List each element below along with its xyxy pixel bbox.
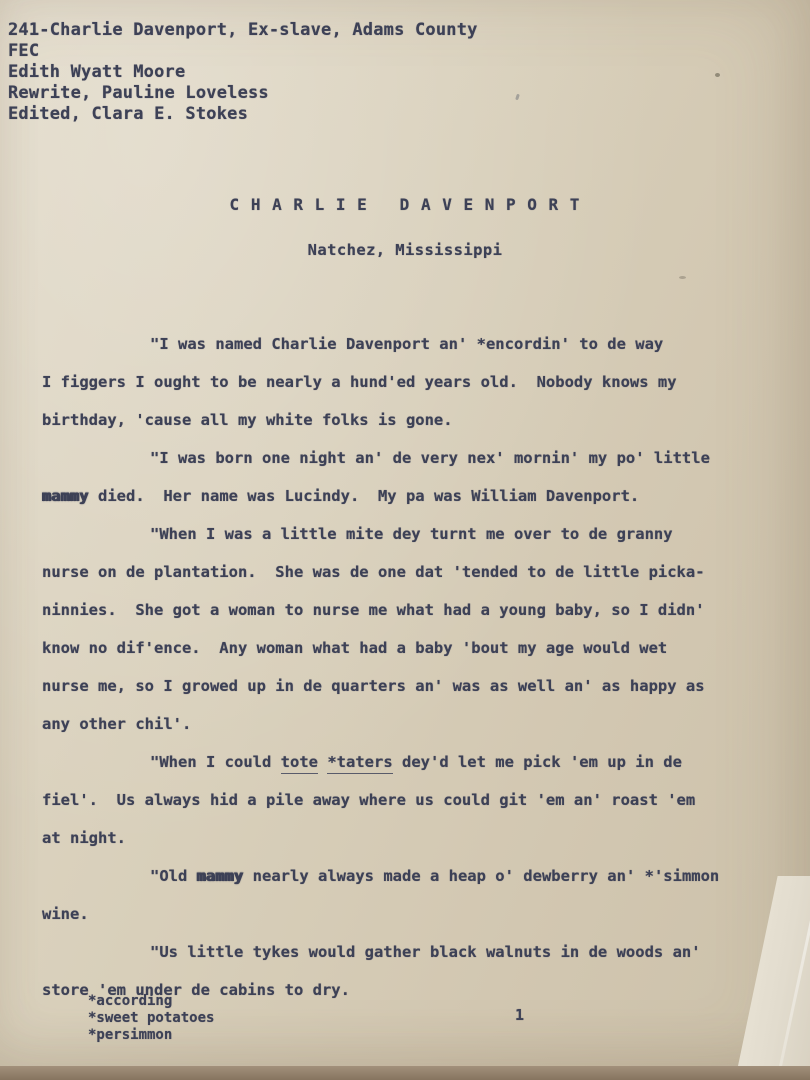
page-number: 1 — [515, 1006, 524, 1024]
text-segment: "I was named Charlie Davenport an' *enco… — [150, 335, 663, 353]
text-segment: mammy — [42, 487, 89, 505]
footnotes: *according*sweet potatoes*persimmon — [88, 993, 214, 1044]
text-segment: wine. — [42, 905, 89, 923]
header-line: Rewrite, Pauline Loveless — [8, 83, 478, 104]
text-line: "I was named Charlie Davenport an' *enco… — [42, 325, 768, 363]
text-line: wine. — [42, 895, 768, 933]
underlined-word: *taters — [327, 753, 392, 774]
text-segment: I figgers I ought to be nearly a hund'ed… — [42, 373, 677, 391]
paper-speck — [515, 94, 520, 101]
text-segment: any other chil'. — [42, 715, 191, 733]
header-line: FEC — [8, 41, 478, 62]
document-page: 241-Charlie Davenport, Ex-slave, Adams C… — [0, 0, 810, 1066]
body-text: "I was named Charlie Davenport an' *enco… — [42, 325, 768, 1009]
text-line: fiel'. Us always hid a pile away where u… — [42, 781, 768, 819]
text-segment: "When I was a little mite dey turnt me o… — [150, 525, 673, 543]
header-line: 241-Charlie Davenport, Ex-slave, Adams C… — [8, 20, 478, 41]
text-line: "When I could tote *taters dey'd let me … — [42, 743, 768, 781]
document-title: C H A R L I E D A V E N P O R T — [0, 195, 810, 214]
text-segment: dey'd let me pick 'em up in de — [393, 753, 682, 771]
text-line: ninnies. She got a woman to nurse me wha… — [42, 591, 768, 629]
paper-speck — [715, 73, 720, 77]
header-line: Edited, Clara E. Stokes — [8, 104, 478, 125]
text-line: nurse me, so I growed up in de quarters … — [42, 667, 768, 705]
paper-speck — [679, 276, 686, 279]
text-line: know no dif'ence. Any woman what had a b… — [42, 629, 768, 667]
text-line: I figgers I ought to be nearly a hund'ed… — [42, 363, 768, 401]
text-line: at night. — [42, 819, 768, 857]
text-segment: fiel'. Us always hid a pile away where u… — [42, 791, 695, 809]
footnote-line: *persimmon — [88, 1027, 214, 1044]
footnote-line: *according — [88, 993, 214, 1010]
text-segment: ninnies. She got a woman to nurse me wha… — [42, 601, 705, 619]
text-segment: "When I could — [150, 753, 281, 771]
text-segment: nurse on de plantation. She was de one d… — [42, 563, 705, 581]
text-segment: nurse me, so I growed up in de quarters … — [42, 677, 705, 695]
text-line: "I was born one night an' de very nex' m… — [42, 439, 768, 477]
text-segment: "Us little tykes would gather black waln… — [150, 943, 701, 961]
text-line: "When I was a little mite dey turnt me o… — [42, 515, 768, 553]
photo-background: 241-Charlie Davenport, Ex-slave, Adams C… — [0, 0, 810, 1080]
text-line: "Old mammy nearly always made a heap o' … — [42, 857, 768, 895]
text-segment: "Old — [150, 867, 197, 885]
text-segment: at night. — [42, 829, 126, 847]
text-line: "Us little tykes would gather black waln… — [42, 933, 768, 971]
text-segment — [318, 753, 327, 771]
table-surface — [0, 1066, 810, 1080]
text-segment: know no dif'ence. Any woman what had a b… — [42, 639, 667, 657]
header-line: Edith Wyatt Moore — [8, 62, 478, 83]
footnote-line: *sweet potatoes — [88, 1010, 214, 1027]
text-segment: mammy — [197, 867, 244, 885]
text-segment: birthday, 'cause all my white folks is g… — [42, 411, 453, 429]
underlined-word: tote — [281, 753, 318, 774]
text-segment: died. Her name was Lucindy. My pa was Wi… — [89, 487, 640, 505]
text-line: birthday, 'cause all my white folks is g… — [42, 401, 768, 439]
document-subtitle: Natchez, Mississippi — [0, 241, 810, 259]
text-line: nurse on de plantation. She was de one d… — [42, 553, 768, 591]
text-line: any other chil'. — [42, 705, 768, 743]
text-segment: "I was born one night an' de very nex' m… — [150, 449, 710, 467]
text-line: mammy died. Her name was Lucindy. My pa … — [42, 477, 768, 515]
document-header: 241-Charlie Davenport, Ex-slave, Adams C… — [8, 20, 478, 125]
text-segment: nearly always made a heap o' dewberry an… — [243, 867, 719, 885]
